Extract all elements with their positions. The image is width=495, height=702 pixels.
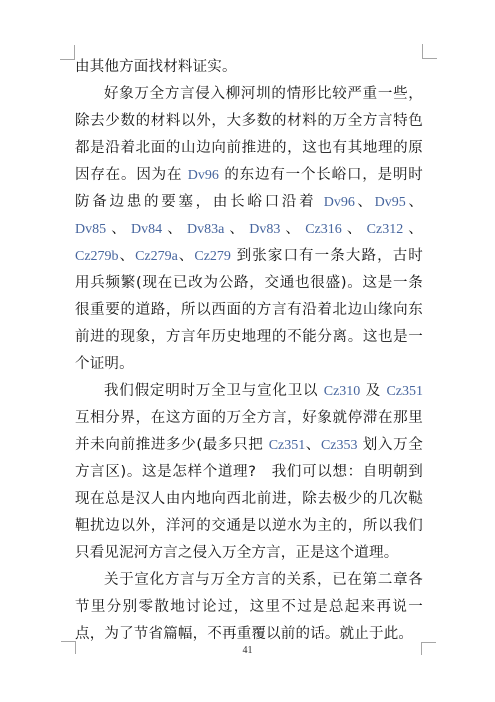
dialect-point-code: Dv83a xyxy=(187,222,224,237)
paragraph: 好象万全方言侵入柳河圳的情形比较严重一些，除去少数的材料以外，大多数的材料的万全… xyxy=(75,81,423,378)
dialect-point-code: Cz310 xyxy=(324,384,361,399)
body-text: 由其他方面找材料证实。 好象万全方言侵入柳河圳的情形比较严重一些，除去少数的材料… xyxy=(75,54,423,648)
dialect-point-code: Cz351 xyxy=(386,384,423,399)
page-number-label: 41 xyxy=(0,645,495,656)
dialect-point-code: Cz351 xyxy=(269,438,306,453)
document-page: 由其他方面找材料证实。 好象万全方言侵入柳河圳的情形比较严重一些，除去少数的材料… xyxy=(0,0,495,702)
dialect-point-code: Cz279 xyxy=(194,249,231,264)
dialect-point-code: Dv83 xyxy=(249,222,280,237)
paragraph: 关于宣化方言与万全方言的关系，已在第二章各节里分别零散地讨论过，这里不过是总起来… xyxy=(75,567,423,648)
dialect-point-code: Dv96 xyxy=(188,168,219,183)
dialect-point-code: Cz353 xyxy=(321,438,358,453)
paragraph: 由其他方面找材料证实。 xyxy=(75,54,423,81)
dialect-point-code: Cz279a xyxy=(135,249,178,264)
dialect-point-code: Dv85 xyxy=(75,222,106,237)
paragraph: 我们假定明时万全卫与宣化卫以 Cz310 及 Cz351 互相分界，在这方面的万… xyxy=(75,378,423,567)
dialect-point-code: Cz316 xyxy=(305,222,342,237)
dialect-point-code: Dv95 xyxy=(375,195,406,210)
dialect-point-code: Dv84 xyxy=(131,222,162,237)
dialect-point-code: Dv96 xyxy=(324,195,355,210)
dialect-point-code: Cz279b xyxy=(75,249,119,264)
crop-mark-top-right xyxy=(422,44,437,59)
dialect-point-code: Cz312 xyxy=(367,222,404,237)
crop-mark-top-left xyxy=(60,45,75,60)
